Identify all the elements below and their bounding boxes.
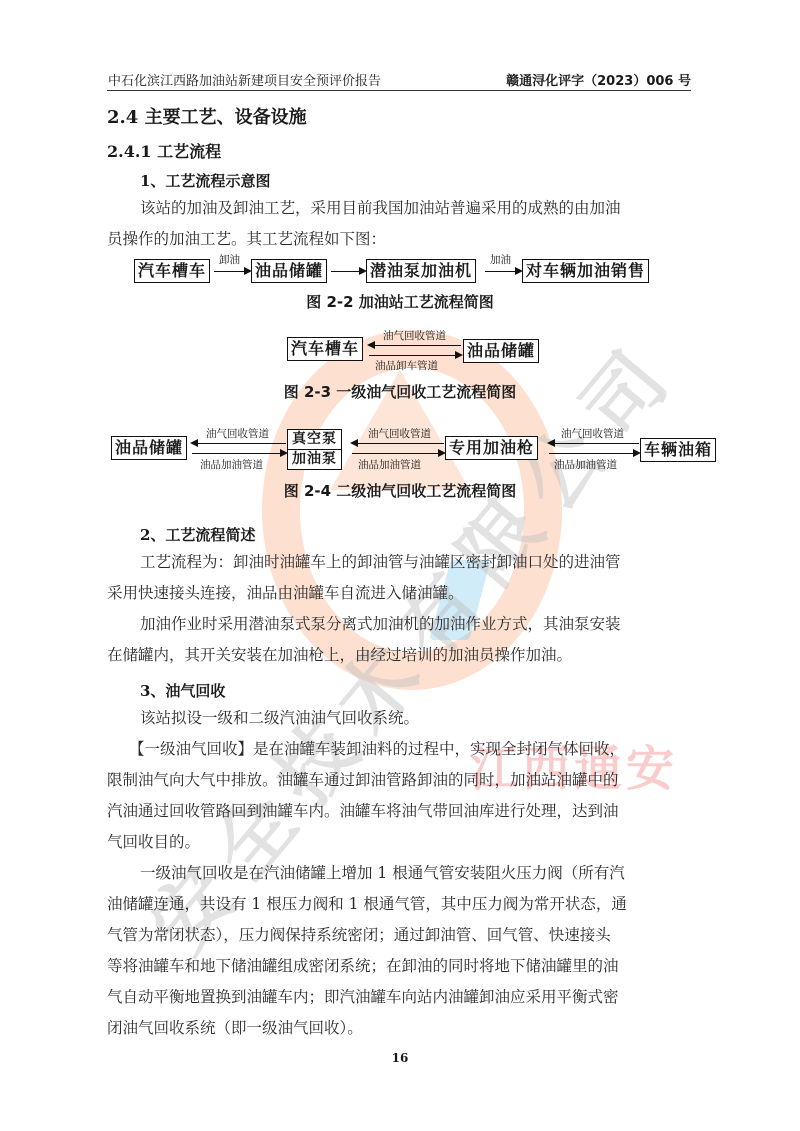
part1-paragraph: 该站的加油及卸油工艺，采用目前我国加油站普遍采用的成熟的由加油 员操作的加油工艺… — [107, 193, 697, 255]
label-fuel-pipe: 油品加油管道 — [200, 457, 263, 472]
figure-2-4-caption: 图 2-4 二级油气回收工艺流程简图 — [0, 480, 800, 501]
box-tanker-truck: 汽车槽车 — [134, 259, 210, 283]
arrow-right-icon — [549, 453, 639, 454]
report-number: 赣通浔化评字（2023）006 号 — [506, 70, 691, 89]
arrow-left-icon — [192, 443, 286, 444]
part3-paragraph: 该站拟设一级和二级汽油油气回收系统。 【一级油气回收】是在油罐车装卸油料的过程中… — [107, 703, 697, 1044]
vacuum-pump: 真空泵 — [288, 430, 341, 449]
label-vapor-pipe: 油气回收管道 — [368, 426, 431, 441]
part2-paragraph: 工艺流程为：卸油时油罐车上的卸油管与油罐区密封卸油口处的进油管 采用快速接头连接… — [107, 547, 697, 671]
box-tanker-truck: 汽车槽车 — [287, 337, 363, 361]
arrow-right-icon — [485, 271, 521, 272]
box-dispenser: 潜油泵加油机 — [366, 259, 476, 283]
figure-2-2-caption: 图 2-2 加油站工艺流程简图 — [0, 291, 800, 312]
box-vehicle-sales: 对车辆加油销售 — [522, 259, 649, 283]
arrow-left-icon — [549, 443, 639, 444]
label-vapor-pipe: 油气回收管道 — [383, 328, 446, 343]
box-vehicle-tank: 车辆油箱 — [640, 438, 716, 462]
figure-2-3-caption: 图 2-3 一级油气回收工艺流程简图 — [0, 381, 800, 402]
arrow-left-icon — [369, 345, 461, 346]
part2-heading: 2、工艺流程简述 — [140, 524, 255, 545]
arrow-right-icon — [214, 271, 250, 272]
section-title: 2.4 主要工艺、设备设施 — [107, 103, 307, 129]
arrow-right-icon — [352, 453, 444, 454]
report-title: 中石化滨江西路加油站新建项目安全预评价报告 — [108, 70, 381, 89]
label-unload: 卸油 — [219, 252, 240, 267]
arrow-right-icon — [369, 355, 461, 356]
label-fuel-pipe: 油品加油管道 — [554, 457, 617, 472]
box-storage-tank: 油品储罐 — [111, 436, 187, 460]
subsection-title: 2.4.1 工艺流程 — [107, 139, 221, 162]
arrow-right-icon — [192, 453, 286, 454]
arrow-right-icon — [331, 271, 365, 272]
page-header: 中石化滨江西路加油站新建项目安全预评价报告 赣通浔化评字（2023）006 号 — [107, 68, 691, 91]
part3-heading: 3、油气回收 — [140, 680, 225, 701]
page-number: 16 — [0, 1051, 800, 1065]
box-storage-tank: 油品储罐 — [251, 259, 327, 283]
box-storage-tank: 油品储罐 — [463, 339, 539, 363]
label-refuel: 加油 — [490, 252, 511, 267]
label-fuel-pipe: 油品加油管道 — [358, 457, 421, 472]
document-page: 安全技术有限公司 江西通安 中石化滨江西路加油站新建项目安全预评价报告 赣通浔化… — [0, 0, 800, 1131]
fuel-pump: 加油泵 — [288, 449, 341, 469]
label-vapor-pipe: 油气回收管道 — [561, 426, 624, 441]
box-nozzle: 专用加油枪 — [445, 436, 538, 460]
arrow-left-icon — [352, 443, 444, 444]
part1-heading: 1、工艺流程示意图 — [140, 170, 270, 191]
label-unload-pipe: 油品卸车管道 — [375, 358, 438, 373]
label-vapor-pipe: 油气回收管道 — [206, 426, 269, 441]
pump-unit: 真空泵 加油泵 — [287, 429, 342, 470]
